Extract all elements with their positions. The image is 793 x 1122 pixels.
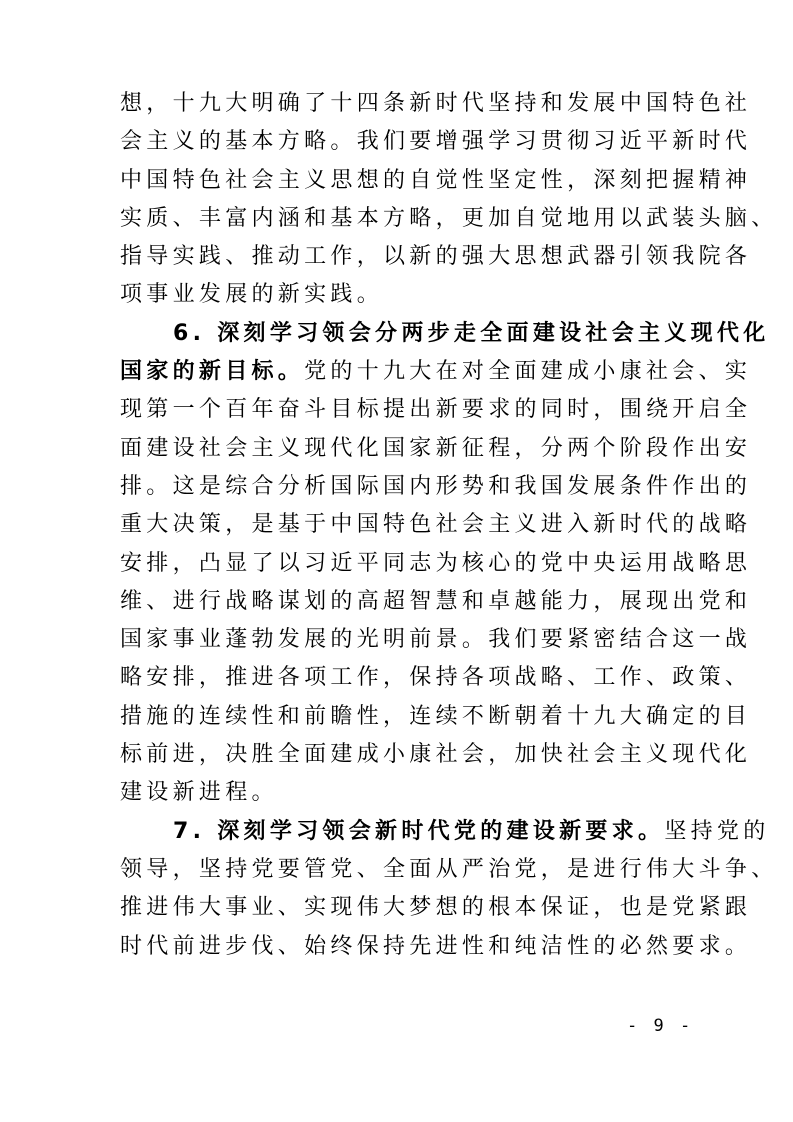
- text-line: 标前进，决胜全面建成小康社会，加快社会主义现代化: [120, 736, 676, 774]
- text-line: 重大决策，是基于中国特色社会主义进入新时代的战略: [120, 506, 676, 544]
- text-line: 领导，坚持党要管党、全面从严治党，是进行伟大斗争、: [120, 851, 676, 889]
- section-6-text: 党的十九大在对全面建成小康社会、实: [304, 359, 751, 384]
- text-line: 略安排，推进各项工作，保持各项战略、工作、政策、: [120, 659, 676, 697]
- section-7-text: 坚持党的: [664, 819, 769, 844]
- text-line: 实质、丰富内涵和基本方略，更加自觉地用以武装头脑、: [120, 200, 676, 238]
- section-6-heading-cont: 国家的新目标。: [120, 359, 304, 384]
- text-line: 时代前进步伐、始终保持先进性和纯洁性的必然要求。: [120, 928, 676, 966]
- text-line: 想，十九大明确了十四条新时代坚持和发展中国特色社: [120, 85, 676, 123]
- paragraph-section-6: 6. 深刻学习领会分两步走全面建设社会主义现代化 国家的新目标。党的十九大在对全…: [120, 315, 676, 813]
- section-7-heading: 7. 深刻学习领会新时代党的建设新要求。: [173, 819, 664, 844]
- paragraph-continuation: 想，十九大明确了十四条新时代坚持和发展中国特色社 会主义的基本方略。我们要增强学…: [120, 85, 676, 315]
- text-line: 国家的新目标。党的十九大在对全面建成小康社会、实: [120, 353, 676, 391]
- text-line: 项事业发展的新实践。: [120, 276, 676, 314]
- text-line: 面建设社会主义现代化国家新征程，分两个阶段作出安: [120, 430, 676, 468]
- text-line: 指导实践、推动工作，以新的强大思想武器引领我院各: [120, 238, 676, 276]
- text-line: 建设新进程。: [120, 774, 676, 812]
- page-number: - 9 -: [627, 1016, 693, 1036]
- text-line: 措施的连续性和前瞻性，连续不断朝着十九大确定的目: [120, 698, 676, 736]
- section-6-heading: 6. 深刻学习领会分两步走全面建设社会主义现代化: [120, 315, 676, 353]
- text-line: 维、进行战略谋划的高超智慧和卓越能力，展现出党和: [120, 583, 676, 621]
- text-line: 推进伟大事业、实现伟大梦想的根本保证，也是党紧跟: [120, 889, 676, 927]
- text-line: 7. 深刻学习领会新时代党的建设新要求。坚持党的: [120, 813, 676, 851]
- text-line: 国家事业蓬勃发展的光明前景。我们要紧密结合这一战: [120, 621, 676, 659]
- document-body: 想，十九大明确了十四条新时代坚持和发展中国特色社 会主义的基本方略。我们要增强学…: [120, 85, 676, 966]
- text-line: 会主义的基本方略。我们要增强学习贯彻习近平新时代: [120, 123, 676, 161]
- text-line: 中国特色社会主义思想的自觉性坚定性，深刻把握精神: [120, 162, 676, 200]
- text-line: 安排，凸显了以习近平同志为核心的党中央运用战略思: [120, 545, 676, 583]
- text-line: 排。这是综合分析国际国内形势和我国发展条件作出的: [120, 468, 676, 506]
- text-line: 现第一个百年奋斗目标提出新要求的同时，围绕开启全: [120, 391, 676, 429]
- paragraph-section-7: 7. 深刻学习领会新时代党的建设新要求。坚持党的 领导，坚持党要管党、全面从严治…: [120, 813, 676, 966]
- document-page: 想，十九大明确了十四条新时代坚持和发展中国特色社 会主义的基本方略。我们要增强学…: [0, 0, 793, 1122]
